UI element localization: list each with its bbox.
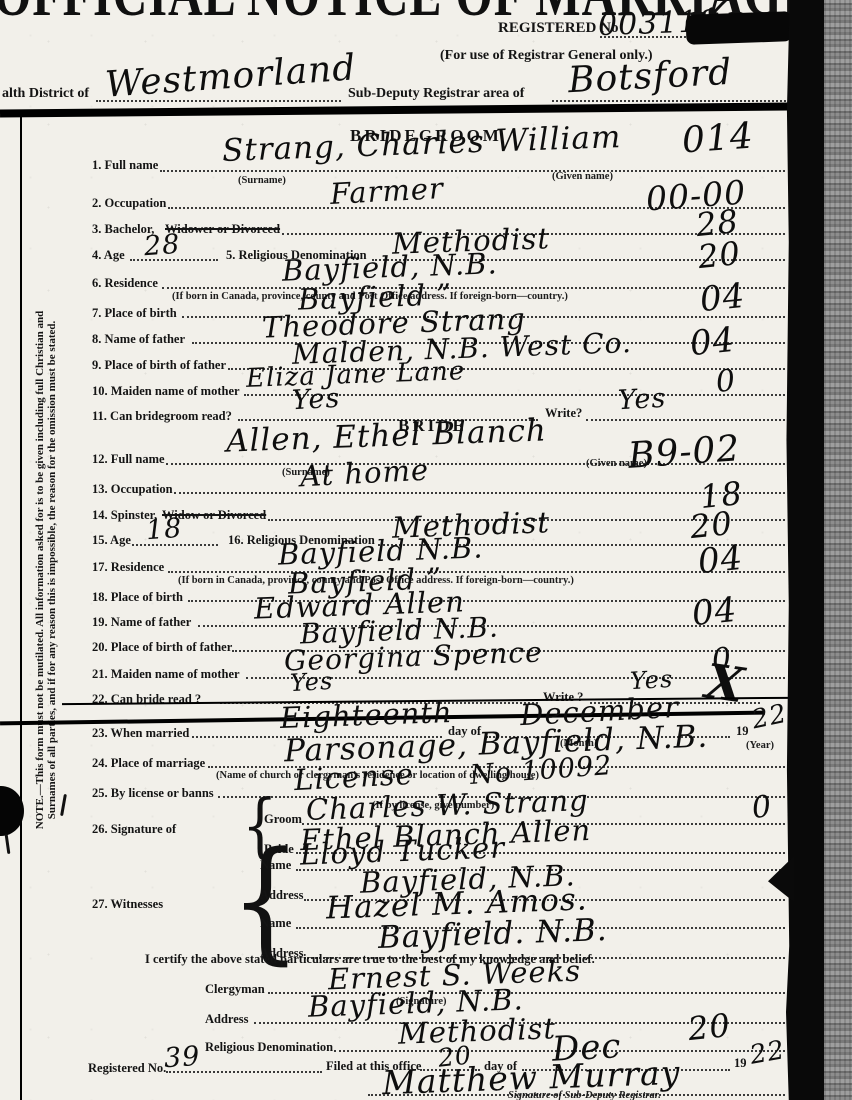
- field-label: 24. Place of marriage: [92, 756, 205, 771]
- field-label: 4. Age: [92, 248, 125, 263]
- bridegroom-mother: Eliza Jane Lane: [246, 356, 466, 394]
- scanned-marriage-notice: OFFICIAL NOTICE OF MARRIAGE ✓ REGISTERED…: [0, 0, 852, 1100]
- district-label: alth District of: [2, 86, 89, 102]
- field-label: 9. Place of birth of father: [92, 358, 226, 373]
- dotted-line: [174, 492, 785, 494]
- given-name-sub-label: (Given name): [552, 171, 613, 182]
- margin-code: 0: [714, 363, 738, 400]
- field-label: 21. Maiden name of mother: [92, 667, 240, 682]
- margin-code: 04: [696, 538, 745, 583]
- side-note-line1: NOTE.—This form must not be mutilated. A…: [34, 130, 46, 1010]
- field-label: 27. Witnesses: [92, 897, 163, 912]
- year-value: 22: [749, 699, 790, 736]
- field-label: 25. By license or banns: [92, 786, 214, 801]
- clergyman-religion: Methodist: [397, 1011, 556, 1050]
- field-label: 10. Maiden name of mother: [92, 384, 240, 399]
- scan-edge-wedge: [768, 856, 794, 902]
- field-label: 20. Place of birth of father: [92, 640, 232, 655]
- margin-code: B9-02: [627, 428, 742, 477]
- year-printed: 19: [736, 724, 749, 739]
- registered-no-bottom-value: 39: [163, 1041, 201, 1074]
- margin-code: 04: [688, 320, 737, 365]
- filed-year-value: 22: [748, 1035, 788, 1071]
- margin-code: 014: [681, 116, 755, 162]
- field-label: 8. Name of father: [92, 332, 185, 347]
- field-label: 17. Residence: [92, 560, 164, 575]
- field-label: 1. Full name: [92, 158, 158, 173]
- district-value: Westmorland: [104, 47, 358, 105]
- field-label: 6. Residence: [92, 276, 158, 291]
- margin-code: 04: [690, 590, 739, 635]
- witness-name-label: Name: [260, 858, 291, 873]
- margin-code: 20: [686, 1006, 732, 1048]
- clergyman-religion-label: Religious Denomination: [205, 1040, 333, 1055]
- bride-can-read: Yes: [289, 667, 334, 697]
- clergyman-label: Clergyman: [205, 982, 265, 997]
- field-label: 26. Signature of: [92, 822, 176, 837]
- year-sub-label: (Year): [746, 740, 774, 751]
- write-label: Write?: [545, 406, 582, 421]
- bride-age: 18: [145, 513, 183, 546]
- area-label: Sub-Deputy Registrar area of: [348, 86, 524, 102]
- field-label: 23. When married: [92, 726, 189, 741]
- bridegroom-full-name: Strang, Charles William: [221, 119, 621, 169]
- field-label: 12. Full name: [92, 452, 165, 467]
- field-label: 18. Place of birth: [92, 590, 183, 605]
- surname-sub-label: (Surname): [238, 175, 286, 186]
- side-note: NOTE.—This form must not be mutilated. A…: [34, 130, 58, 1010]
- bridegroom-occupation: Farmer: [329, 171, 444, 211]
- bridegroom-age: 28: [143, 229, 181, 262]
- witness-address-label: Address: [260, 888, 304, 903]
- margin-code: 04: [698, 276, 747, 321]
- bridegroom-can-read: Yes: [291, 383, 341, 416]
- dotted-line: [586, 419, 785, 421]
- redaction-mark: [686, 11, 793, 45]
- year-printed: 19: [734, 1056, 747, 1071]
- dotted-line: [160, 170, 785, 172]
- margin-code: 0: [750, 789, 774, 826]
- dotted-line: [162, 287, 785, 289]
- field-label: 11. Can bridegroom read?: [92, 409, 232, 424]
- bridegroom-can-write: Yes: [617, 383, 667, 416]
- area-value: Botsford: [567, 52, 733, 102]
- margin-x-mark: X: [702, 654, 748, 715]
- field-label: 19. Name of father: [92, 615, 191, 630]
- dotted-line: [132, 544, 218, 546]
- witness2-address: Bayfield. N.B.: [377, 912, 608, 956]
- field-label: 15. Age: [92, 533, 131, 548]
- bride-occupation: At home: [299, 453, 430, 494]
- witness-name-label: Name: [260, 916, 291, 931]
- margin-code: 20: [696, 234, 742, 276]
- scan-edge-texture: [824, 0, 852, 1100]
- subdeputy-sub-label: Signature of Sub-Deputy Registrar.: [508, 1090, 661, 1100]
- field-label: 2. Occupation: [92, 196, 166, 211]
- field-label: 7. Place of birth: [92, 306, 177, 321]
- left-margin-line: [20, 116, 22, 1100]
- registered-no-bottom-label: Registered No.: [88, 1061, 166, 1076]
- dotted-line: [168, 571, 785, 573]
- stray-mark: [5, 834, 11, 854]
- side-note-line2: Surnames of all parties, and if for any …: [46, 130, 58, 1010]
- field-label: 13. Occupation: [92, 482, 173, 497]
- stray-mark: [60, 794, 67, 816]
- field-label-struck: Widower or Divorced: [165, 222, 280, 237]
- clergyman-address-label: Address: [205, 1012, 249, 1027]
